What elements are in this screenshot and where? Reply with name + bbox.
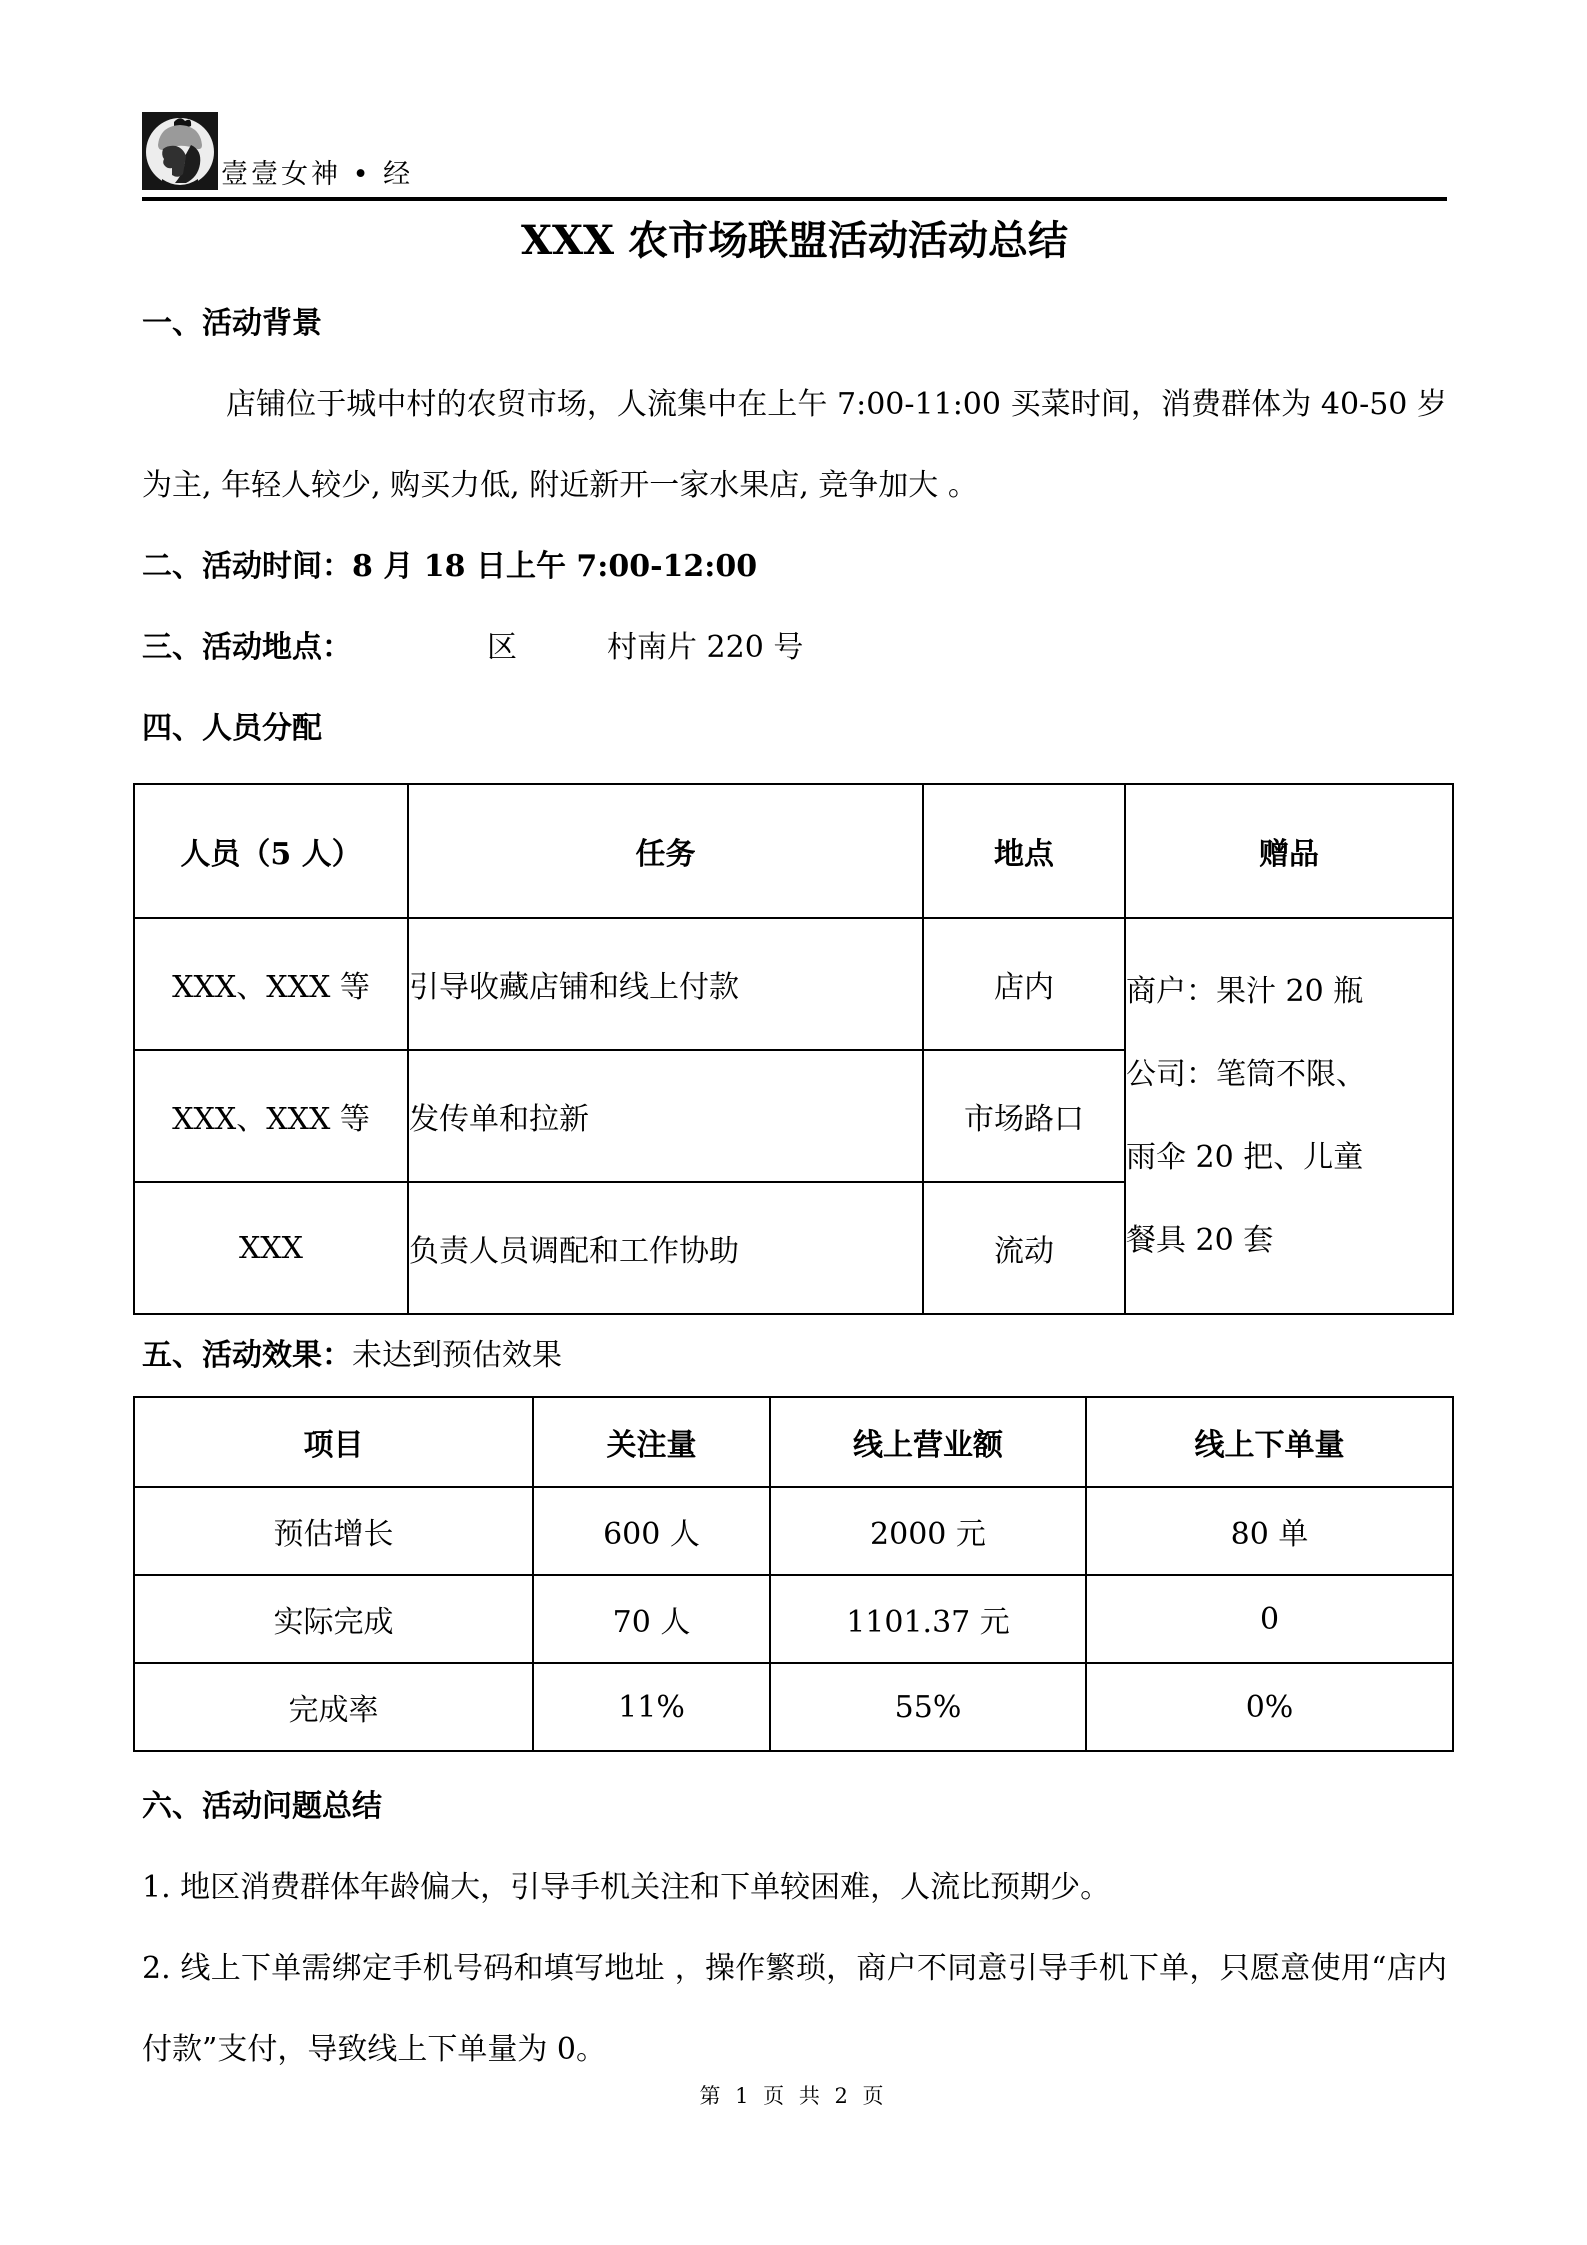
background-paragraph: 店铺位于城中村的农贸市场，人流集中在上午 7:00-11:00 买菜时间，消费群… [142,364,1447,526]
results-table-header-row: 项目 关注量 线上营业额 线上下单量 [134,1397,1453,1487]
table-cell: 55% [770,1663,1086,1751]
section-1-heading-text: 一、活动背景 [142,306,322,341]
table-cell: XXX、XXX 等 [134,1050,408,1182]
table-cell: 预估增长 [134,1487,533,1575]
table-row: 实际完成 70 人 1101.37 元 0 [134,1575,1453,1663]
section-4-heading-text: 四、人员分配 [142,711,322,746]
problem-item-1: 1. 地区消费群体年龄偏大，引导手机关注和下单较困难，人流比预期少。 [142,1847,1447,1928]
effect-result-value: 未达到预估效果 [352,1338,562,1373]
col-header-revenue: 线上营业额 [770,1397,1086,1487]
table-cell: 实际完成 [134,1575,533,1663]
section-2-heading-text: 二、活动时间： [142,549,352,584]
brand-name: 壹壹女神 • 经 [221,161,413,190]
section-5-heading: 五、活动效果：未达到预估效果 [142,1315,1447,1396]
problem-item-2: 2. 线上下单需绑定手机号码和填写地址 ，操作繁琐，商户不同意引导手机下单，只愿… [142,1928,1447,2090]
section-4-heading: 四、人员分配 [142,688,1447,769]
col-header-item: 项目 [134,1397,533,1487]
section-3-heading-text: 三、活动地点： [142,630,337,665]
results-table: 项目 关注量 线上营业额 线上下单量 预估增长 600 人 2000 元 80 … [133,1396,1454,1752]
header-divider [142,197,1447,201]
document-page: 壹壹女神 • 经 XXX 农市场联盟活动活动总结 一、活动背景 店铺位于城中村的… [0,0,1587,2245]
table-cell: 流动 [923,1182,1125,1314]
personnel-table: 人员（5 人） 任务 地点 赠品 XXX、XXX 等 引导收藏店铺和线上付款 店… [133,783,1454,1315]
table-cell: 0 [1086,1575,1453,1663]
page-number-footer: 第 1 页 共 2 页 [0,2082,1587,2110]
table-row: XXX、XXX 等 引导收藏店铺和线上付款 店内 商户：果汁 20 瓶 公司：笔… [134,918,1453,1050]
table-cell: 负责人员调配和工作协助 [408,1182,923,1314]
activity-location-value: 区 村南片 220 号 [337,630,803,665]
col-header-orders: 线上下单量 [1086,1397,1453,1487]
section-3-heading: 三、活动地点： 区 村南片 220 号 [142,607,1447,688]
table-row: 预估增长 600 人 2000 元 80 单 [134,1487,1453,1575]
table-cell: XXX [134,1182,408,1314]
col-header-gift: 赠品 [1125,784,1453,918]
section-6-heading-text: 六、活动问题总结 [142,1789,382,1824]
personnel-table-header-row: 人员（5 人） 任务 地点 赠品 [134,784,1453,918]
table-cell: 600 人 [533,1487,770,1575]
table-cell: 发传单和拉新 [408,1050,923,1182]
col-header-personnel: 人员（5 人） [134,784,408,918]
col-header-task: 任务 [408,784,923,918]
table-cell: 2000 元 [770,1487,1086,1575]
table-cell: XXX、XXX 等 [134,918,408,1050]
document-header: 壹壹女神 • 经 [142,112,1447,190]
table-cell: 店内 [923,918,1125,1050]
table-cell: 市场路口 [923,1050,1125,1182]
table-cell: 完成率 [134,1663,533,1751]
woman-portrait-logo-icon [142,112,218,190]
col-header-followers: 关注量 [533,1397,770,1487]
table-row: 完成率 11% 55% 0% [134,1663,1453,1751]
table-cell: 引导收藏店铺和线上付款 [408,918,923,1050]
table-cell: 70 人 [533,1575,770,1663]
section-6-heading: 六、活动问题总结 [142,1766,1447,1847]
col-header-location: 地点 [923,784,1125,918]
table-cell: 1101.37 元 [770,1575,1086,1663]
section-5-heading-text: 五、活动效果： [142,1338,352,1373]
table-cell: 0% [1086,1663,1453,1751]
section-2-heading: 二、活动时间：8 月 18 日上午 7:00-12:00 [142,526,1447,607]
table-cell: 80 单 [1086,1487,1453,1575]
section-1-heading: 一、活动背景 [142,283,1447,364]
document-title: XXX 农市场联盟活动活动总结 [142,213,1447,269]
table-cell: 11% [533,1663,770,1751]
gift-merged-cell: 商户：果汁 20 瓶 公司：笔筒不限、 雨伞 20 把、儿童 餐具 20 套 [1125,918,1453,1314]
activity-time-value: 8 月 18 日上午 7:00-12:00 [352,549,757,584]
